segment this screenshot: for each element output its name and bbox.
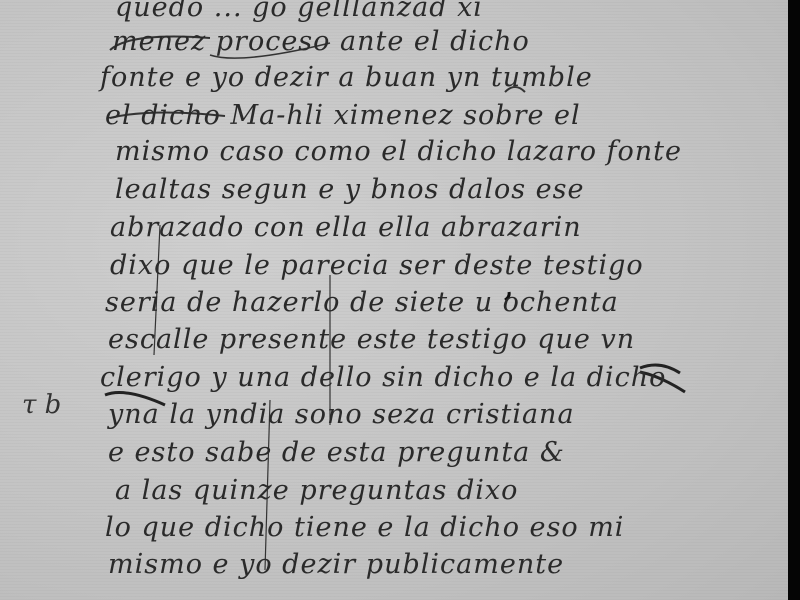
text-line: menez proceso ante el dicho <box>112 26 530 57</box>
text-line: abrazado con ella ella abrazarin <box>110 212 582 243</box>
text-line: yna la yndia sono seza cristiana <box>108 399 575 430</box>
text-line: dixo que le parecia ser deste testigo <box>110 250 644 281</box>
text-line: seria de hazerlo de siete u ochenta <box>105 287 619 318</box>
text-line: clerigo y una dello sin dicho e la dicho <box>100 362 666 393</box>
margin-note: τ b <box>22 390 61 420</box>
text-line: lo que dicho tiene e la dicho eso mi <box>105 512 624 543</box>
text-line: mismo caso como el dicho lazaro fonte <box>115 136 682 167</box>
text-line: lealtas segun e y bnos dalos ese <box>115 174 585 205</box>
text-line: fonte e yo dezir a buan yn tumble <box>100 62 593 93</box>
text-line: quedo ... go gelllanzad xi <box>115 0 483 23</box>
scan-edge <box>788 0 800 600</box>
text-line: el dicho Ma-hli ximenez sobre el <box>105 100 581 131</box>
manuscript-page: quedo ... go gelllanzad xi menez proceso… <box>0 0 792 600</box>
text-line: a las quinze preguntas dixo <box>115 475 518 506</box>
text-line: escalle presente este testigo que vn <box>108 324 635 355</box>
text-line: mismo e yo dezir publicamente <box>108 549 564 580</box>
text-line: e esto sabe de esta pregunta & <box>108 437 565 468</box>
